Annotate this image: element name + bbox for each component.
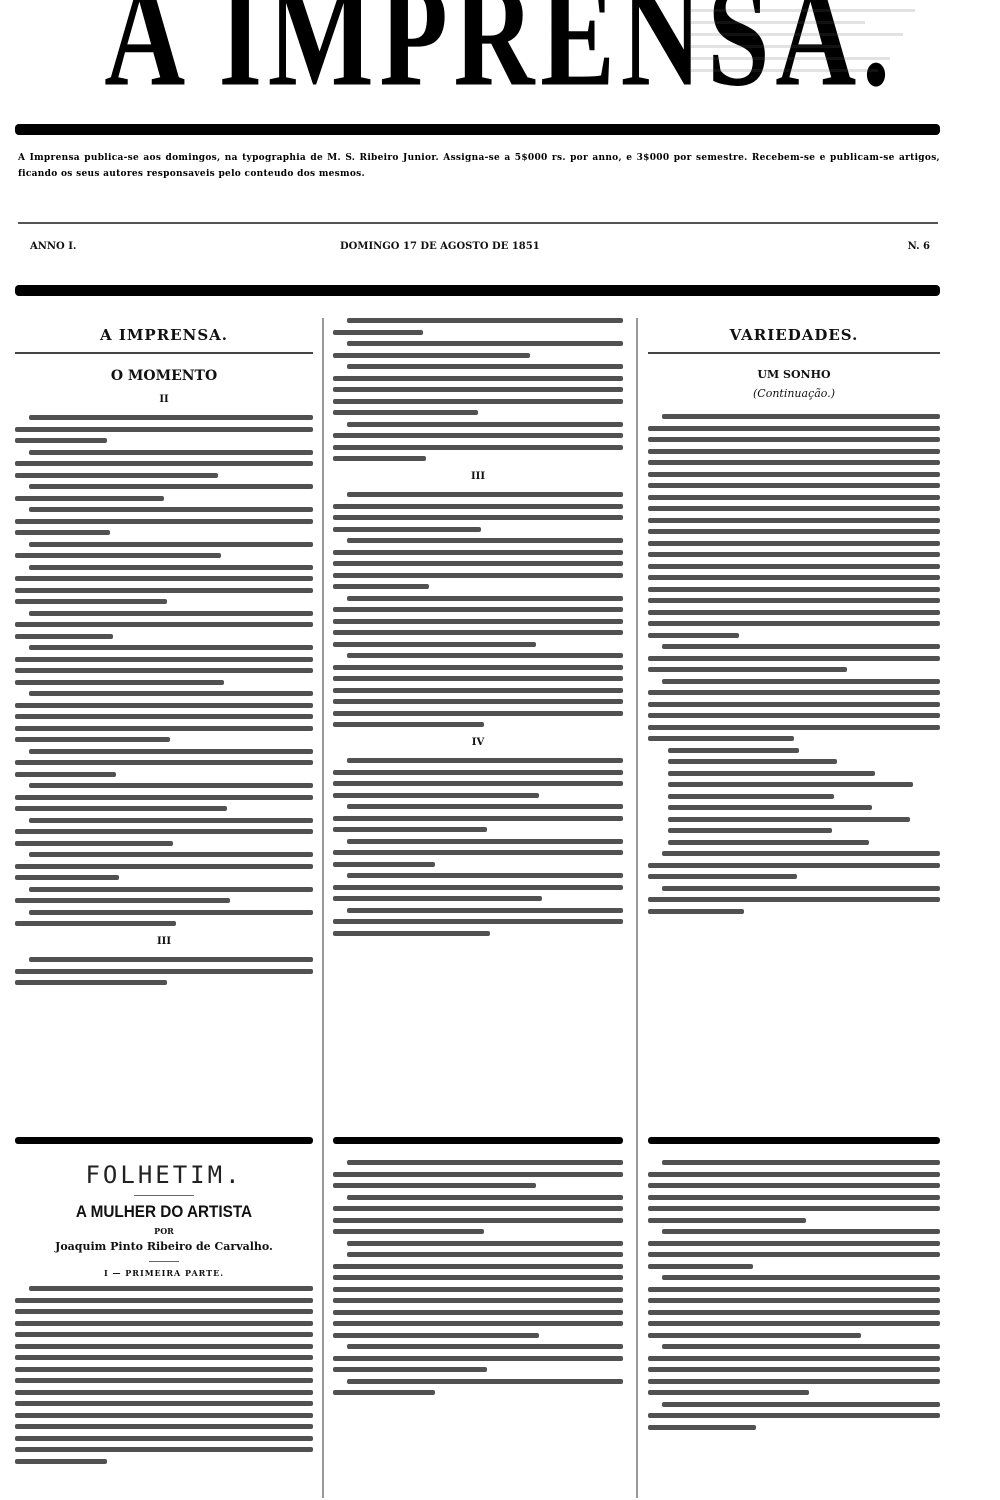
text-line	[29, 484, 313, 489]
text-line	[15, 969, 313, 974]
text-line	[333, 619, 623, 624]
paragraph	[333, 492, 623, 532]
text-line	[29, 1286, 313, 1291]
paragraph	[15, 818, 313, 846]
text-line	[648, 1425, 756, 1430]
folhetim-rule	[15, 1137, 313, 1144]
text-line	[648, 725, 940, 730]
paragraph	[15, 749, 313, 777]
paragraph	[333, 1195, 623, 1235]
text-line	[15, 634, 113, 639]
section-number: III	[15, 936, 313, 947]
text-line	[648, 690, 940, 695]
text-line	[648, 1367, 940, 1372]
paragraph	[648, 1229, 940, 1269]
text-line	[668, 828, 832, 833]
text-line	[15, 703, 313, 708]
text-line	[347, 1160, 623, 1165]
text-line	[333, 1275, 623, 1280]
dateline: ANNO I. DOMINGO 17 DE AGOSTO DE 1851 N. …	[30, 241, 930, 261]
text-line	[15, 1321, 313, 1326]
section-number: II	[15, 394, 313, 405]
text-line	[333, 399, 623, 404]
text-line	[29, 783, 313, 788]
folhetim-rule	[333, 1137, 623, 1144]
text-line	[347, 839, 623, 844]
text-line	[333, 353, 530, 358]
text-line	[662, 1229, 940, 1234]
text-line	[333, 827, 487, 832]
text-line	[662, 851, 940, 856]
paragraph	[333, 653, 623, 727]
text-line	[29, 910, 313, 915]
column-editorial: A IMPRENSA. O MOMENTO IIIII	[15, 318, 313, 992]
text-line	[648, 1356, 940, 1361]
paragraph	[333, 758, 623, 798]
text-line	[15, 1367, 313, 1372]
text-line	[333, 504, 623, 509]
text-line	[333, 1264, 623, 1269]
text-line	[29, 957, 313, 962]
paragraph	[15, 691, 313, 742]
paragraph	[333, 1160, 623, 1188]
text-line	[29, 887, 313, 892]
text-line	[648, 621, 940, 626]
text-line	[347, 492, 623, 497]
text-line	[15, 622, 313, 627]
article-body	[648, 414, 940, 914]
text-line	[15, 1436, 313, 1441]
text-line	[15, 496, 164, 501]
text-line	[29, 450, 313, 455]
text-line	[333, 584, 429, 589]
text-line	[347, 538, 623, 543]
subscription-notice: A Imprensa publica-se aos domingos, na t…	[18, 150, 940, 182]
text-line	[15, 680, 224, 685]
paragraph	[15, 450, 313, 478]
text-line	[15, 726, 313, 731]
text-line	[648, 495, 940, 500]
volume-label: ANNO I.	[30, 241, 76, 252]
text-line	[15, 841, 173, 846]
text-line	[662, 414, 940, 419]
text-line	[15, 1401, 313, 1406]
text-line	[648, 1287, 940, 1292]
text-line	[648, 1379, 940, 1384]
text-line	[333, 1298, 623, 1303]
text-line	[333, 896, 542, 901]
paragraph	[333, 1241, 623, 1246]
text-line	[662, 644, 940, 649]
text-line	[333, 1218, 623, 1223]
text-line	[648, 1310, 940, 1315]
text-line	[648, 598, 940, 603]
paragraph	[648, 851, 940, 879]
text-line	[648, 874, 797, 879]
text-line	[15, 760, 313, 765]
text-line	[648, 426, 940, 431]
text-line	[347, 341, 623, 346]
text-line	[15, 864, 313, 869]
text-line	[15, 829, 313, 834]
text-line	[15, 576, 313, 581]
text-line	[15, 530, 110, 535]
text-line	[29, 818, 313, 823]
text-line	[347, 364, 623, 369]
text-line	[347, 908, 623, 913]
text-line	[333, 1390, 435, 1395]
text-line	[333, 1310, 623, 1315]
folhetim-column	[333, 1160, 623, 1402]
text-line	[648, 713, 940, 718]
text-line	[648, 736, 794, 741]
text-line	[333, 445, 623, 450]
paragraph	[333, 908, 623, 936]
text-line	[347, 653, 623, 658]
paragraph	[648, 1160, 940, 1223]
paragraph	[648, 886, 940, 914]
section-heading: VARIEDADES.	[648, 318, 940, 348]
column-middle: IIIIV	[333, 318, 623, 942]
text-line	[648, 1218, 806, 1223]
text-line	[347, 804, 623, 809]
folhetim-label: FOLHETIM.	[15, 1161, 313, 1189]
text-line	[29, 852, 313, 857]
folhetim-rule	[648, 1137, 940, 1144]
paragraph	[15, 415, 313, 443]
text-line	[648, 1206, 940, 1211]
text-line	[29, 749, 313, 754]
text-line	[333, 770, 623, 775]
story-title: A MULHER DO ARTISTA	[30, 1202, 298, 1222]
text-line	[333, 550, 623, 555]
text-line	[333, 850, 623, 855]
text-line	[648, 460, 940, 465]
paragraph	[333, 804, 623, 832]
text-line	[15, 553, 221, 558]
text-line	[333, 1367, 487, 1372]
text-line	[648, 897, 940, 902]
text-line	[648, 863, 940, 868]
text-line	[662, 679, 940, 684]
text-line	[15, 1424, 313, 1429]
divider	[149, 1261, 179, 1262]
heading-rule	[15, 352, 313, 354]
text-line	[15, 1355, 313, 1360]
text-line	[648, 575, 940, 580]
text-line	[648, 702, 940, 707]
dateline-rule	[15, 285, 940, 296]
text-line	[347, 758, 623, 763]
text-line	[648, 564, 940, 569]
text-line	[648, 506, 940, 511]
text-line	[15, 1309, 313, 1314]
paragraph	[333, 422, 623, 462]
text-line	[15, 427, 313, 432]
paragraph	[15, 852, 313, 880]
text-line	[29, 507, 313, 512]
text-line	[648, 587, 940, 592]
text-line	[668, 817, 910, 822]
text-line	[662, 1160, 940, 1165]
text-line	[333, 919, 623, 924]
text-line	[333, 515, 623, 520]
text-line	[648, 667, 847, 672]
paragraph	[648, 679, 940, 742]
text-line	[333, 330, 423, 335]
paragraph	[333, 873, 623, 901]
article-title: UM SONHO	[648, 368, 940, 381]
text-line	[333, 676, 623, 681]
text-line	[648, 541, 940, 546]
paragraph	[15, 645, 313, 685]
text-line	[648, 552, 940, 557]
paragraph	[15, 484, 313, 501]
text-line	[668, 771, 875, 776]
article-title: O MOMENTO	[15, 368, 313, 384]
divider	[134, 1195, 194, 1196]
text-line	[15, 438, 107, 443]
text-line	[15, 1413, 313, 1418]
text-line	[347, 873, 623, 878]
text-line	[648, 1298, 940, 1303]
text-line	[648, 518, 940, 523]
text-line	[648, 1413, 940, 1418]
issue-number: N. 6	[908, 241, 930, 252]
column-divider	[322, 318, 324, 1498]
bleed-through-text	[690, 0, 940, 115]
text-line	[333, 793, 539, 798]
paragraph	[648, 414, 940, 638]
paragraph	[15, 565, 313, 605]
text-line	[333, 699, 623, 704]
text-line	[333, 665, 623, 670]
text-line	[648, 1195, 940, 1200]
text-line	[648, 529, 940, 534]
issue-date: DOMINGO 17 DE AGOSTO DE 1851	[340, 241, 540, 252]
text-line	[347, 596, 623, 601]
text-line	[648, 1172, 940, 1177]
paragraph	[333, 839, 623, 867]
text-line	[15, 461, 313, 466]
paragraph	[333, 596, 623, 647]
text-line	[15, 599, 167, 604]
text-line	[648, 1264, 753, 1269]
text-line	[662, 1275, 940, 1280]
text-line	[333, 527, 481, 532]
text-line	[29, 415, 313, 420]
text-line	[29, 565, 313, 570]
text-line	[662, 1344, 940, 1349]
text-line	[15, 806, 227, 811]
paragraph	[333, 364, 623, 415]
text-line	[648, 1390, 809, 1395]
article-subtitle: (Continuação.)	[648, 387, 940, 400]
text-line	[333, 1183, 536, 1188]
paragraph	[333, 1379, 623, 1396]
heading-rule	[648, 352, 940, 354]
text-line	[333, 862, 435, 867]
folhetim-column: FOLHETIM. A MULHER DO ARTISTA POR Joaqui…	[15, 1155, 313, 1470]
story-body	[333, 1160, 623, 1395]
paragraph	[15, 611, 313, 639]
text-line	[333, 885, 623, 890]
text-line	[648, 1333, 861, 1338]
paragraph	[15, 542, 313, 559]
text-line	[15, 1332, 313, 1337]
text-line	[15, 588, 313, 593]
text-line	[648, 1183, 940, 1188]
text-line	[15, 921, 176, 926]
paragraph	[15, 887, 313, 904]
text-line	[668, 840, 869, 845]
text-line	[648, 483, 940, 488]
text-line	[648, 1321, 940, 1326]
text-line	[648, 633, 739, 638]
text-line	[29, 542, 313, 547]
section-number: III	[333, 471, 623, 482]
text-line	[333, 561, 623, 566]
text-line	[347, 1379, 623, 1384]
paragraph	[333, 341, 623, 358]
text-line	[333, 573, 623, 578]
text-line	[648, 1252, 940, 1257]
story-part: I — PRIMEIRA PARTE.	[15, 1268, 313, 1278]
text-line	[648, 437, 940, 442]
text-line	[15, 473, 218, 478]
paragraph	[15, 1286, 313, 1464]
paragraph	[15, 910, 313, 927]
text-line	[347, 1195, 623, 1200]
text-line	[347, 1344, 623, 1349]
text-line	[668, 759, 837, 764]
text-line	[15, 668, 313, 673]
text-line	[15, 519, 313, 524]
notice-rule	[18, 222, 938, 224]
text-line	[333, 630, 623, 635]
text-line	[15, 1298, 313, 1303]
text-line	[333, 1333, 539, 1338]
text-line	[15, 1447, 313, 1452]
story-byline-label: POR	[15, 1226, 313, 1236]
text-line	[662, 886, 940, 891]
paragraph	[333, 318, 623, 335]
text-line	[29, 691, 313, 696]
text-line	[333, 1172, 623, 1177]
story-body	[15, 1286, 313, 1464]
paragraph	[648, 1344, 940, 1395]
text-line	[662, 1402, 940, 1407]
text-line	[333, 607, 623, 612]
text-line	[333, 387, 623, 392]
text-line	[29, 611, 313, 616]
text-line	[333, 1321, 623, 1326]
text-line	[15, 1459, 107, 1464]
article-body: IIIIV	[333, 318, 623, 936]
text-line	[333, 1206, 623, 1211]
column-divider	[636, 318, 638, 1498]
paragraph	[648, 1402, 940, 1430]
text-line	[333, 642, 536, 647]
text-line	[333, 688, 623, 693]
story-author: Joaquim Pinto Ribeiro de Carvalho.	[15, 1240, 313, 1253]
text-line	[668, 805, 872, 810]
text-line	[668, 794, 834, 799]
text-line	[15, 875, 119, 880]
article-body: IIIII	[15, 394, 313, 985]
paragraph	[648, 1275, 940, 1338]
text-line	[333, 722, 484, 727]
text-line	[15, 737, 170, 742]
section-heading: A IMPRENSA.	[15, 318, 313, 348]
section-number: IV	[333, 737, 623, 748]
text-line	[648, 1241, 940, 1246]
paragraph	[15, 957, 313, 985]
text-line	[15, 795, 313, 800]
column-variedades: VARIEDADES. UM SONHO (Continuação.)	[648, 318, 940, 920]
paragraph	[333, 538, 623, 589]
paragraph	[15, 783, 313, 811]
text-line	[333, 433, 623, 438]
paragraph	[333, 1252, 623, 1338]
text-line	[648, 610, 940, 615]
text-line	[29, 645, 313, 650]
text-line	[347, 422, 623, 427]
paragraph	[15, 507, 313, 535]
text-line	[648, 909, 744, 914]
text-line	[15, 980, 167, 985]
text-line	[333, 931, 490, 936]
text-line	[668, 748, 799, 753]
text-line	[15, 657, 313, 662]
text-line	[648, 449, 940, 454]
text-line	[347, 1252, 623, 1257]
text-line	[15, 898, 230, 903]
text-line	[333, 816, 623, 821]
text-line	[333, 1356, 623, 1361]
text-line	[333, 376, 623, 381]
text-line	[15, 1390, 313, 1395]
text-line	[333, 456, 426, 461]
text-line	[333, 1229, 484, 1234]
text-line	[15, 772, 116, 777]
text-line	[333, 1287, 623, 1292]
text-line	[15, 1378, 313, 1383]
masthead-rule	[15, 124, 940, 135]
text-line	[648, 472, 940, 477]
paragraph	[648, 644, 940, 672]
text-line	[333, 781, 623, 786]
text-line	[333, 410, 478, 415]
text-line	[333, 711, 623, 716]
text-line	[668, 782, 913, 787]
paragraph	[333, 1344, 623, 1372]
text-line	[15, 714, 313, 719]
text-line	[648, 656, 940, 661]
folhetim-column	[648, 1160, 940, 1436]
text-line	[347, 1241, 623, 1246]
text-line	[347, 318, 623, 323]
story-body	[648, 1160, 940, 1430]
text-line	[15, 1344, 313, 1349]
